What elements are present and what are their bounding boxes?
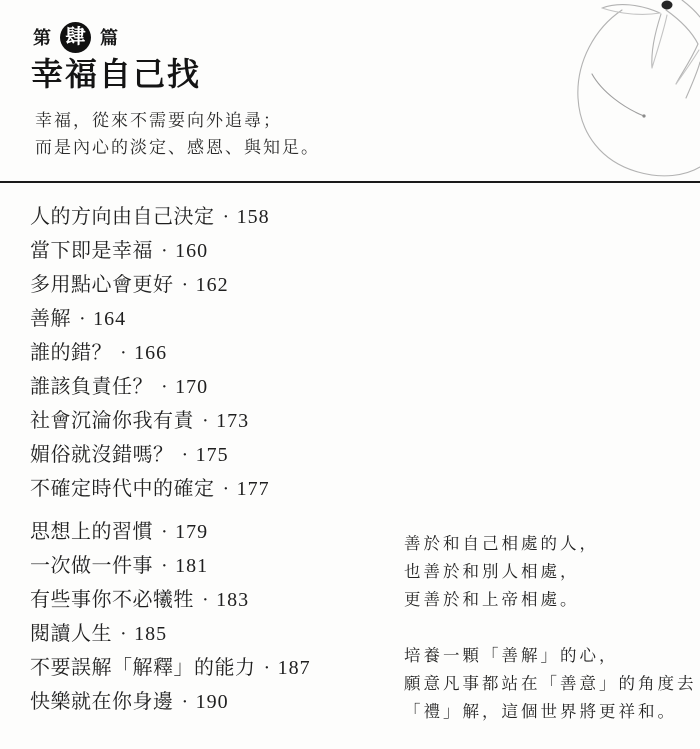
toc-entry: 思想上的習慣·179 <box>30 515 311 549</box>
quote-paragraph-1: 善於和自己相處的人， 也善於和別人相處， 更善於和上帝相處。 <box>404 530 697 614</box>
side-quote: 善於和自己相處的人， 也善於和別人相處， 更善於和上帝相處。 培養一顆「善解」的… <box>404 530 697 726</box>
toc-entry-title: 當下即是幸福 <box>30 240 153 262</box>
toc-entry-page: 166 <box>134 342 167 364</box>
toc-separator-dot: · <box>79 308 86 330</box>
toc-entry: 多用點心會更好·162 <box>30 268 311 302</box>
epigraph-line: 而是內心的淡定、感恩、與知足。 <box>35 134 320 161</box>
quote-line: 「禮」解，這個世界將更祥和。 <box>404 702 677 721</box>
quote-line: 也善於和別人相處， <box>404 562 580 581</box>
toc-entry-title: 社會沉淪你我有責 <box>30 410 194 432</box>
quote-line: 培養一顆「善解」的心， <box>404 646 619 665</box>
toc-entry: 誰的錯？·166 <box>30 336 311 370</box>
toc-entry: 善解·164 <box>30 302 311 336</box>
toc-entry-title: 人的方向由自己決定 <box>30 206 215 228</box>
part-number-seal: 肆 <box>60 22 91 53</box>
toc-entry-title: 快樂就在你身邊 <box>30 691 174 713</box>
toc-entry-page: 160 <box>175 240 208 262</box>
toc-entry-title: 善解 <box>30 308 71 330</box>
toc-entry: 不要誤解「解釋」的能力·187 <box>30 651 311 685</box>
toc-entry-title: 多用點心會更好 <box>30 274 174 296</box>
toc-separator-dot: · <box>161 240 168 262</box>
toc-separator-dot: · <box>120 623 127 645</box>
toc-entry-page: 175 <box>196 444 229 466</box>
toc-entry-title: 誰該負責任？ <box>30 376 153 398</box>
toc-entry: 不確定時代中的確定·177 <box>30 472 311 506</box>
toc-entry-page: 162 <box>196 274 229 296</box>
toc-entry: 一次做一件事·181 <box>30 549 311 583</box>
toc-entry-page: 173 <box>216 410 249 432</box>
toc-entry-title: 一次做一件事 <box>30 555 153 577</box>
toc-entry-page: 158 <box>237 206 270 228</box>
toc-entry-page: 179 <box>175 521 208 543</box>
toc-separator-dot: · <box>202 410 209 432</box>
toc-entry-title: 媚俗就沒錯嗎？ <box>30 444 174 466</box>
toc-entry-page: 190 <box>196 691 229 713</box>
quote-paragraph-2: 培養一顆「善解」的心， 願意凡事都站在「善意」的角度去 「禮」解，這個世界將更祥… <box>404 642 697 726</box>
toc-separator-dot: · <box>223 478 230 500</box>
part-suffix: 篇 <box>100 24 118 50</box>
toc-entry: 誰該負責任？·170 <box>30 370 311 404</box>
toc-separator-dot: · <box>264 657 271 679</box>
toc-entry-page: 183 <box>216 589 249 611</box>
toc-entry-title: 有些事你不必犧牲 <box>30 589 194 611</box>
toc-separator-dot: · <box>182 274 189 296</box>
toc-separator-dot: · <box>182 444 189 466</box>
toc-separator-dot: · <box>161 376 168 398</box>
toc-entry-page: 181 <box>175 555 208 577</box>
book-contents-page: 第 肆 篇 幸福自己找 幸福，從來不需要向外追尋； 而是內心的淡定、感恩、與知足… <box>0 0 700 749</box>
table-of-contents: 人的方向由自己決定·158 當下即是幸福·160 多用點心會更好·162 善解·… <box>30 200 311 719</box>
toc-entry-title: 不確定時代中的確定 <box>30 478 215 500</box>
quote-line: 願意凡事都站在「善意」的角度去 <box>404 674 697 693</box>
toc-entry-page: 164 <box>93 308 126 330</box>
quote-line: 更善於和上帝相處。 <box>404 590 580 609</box>
toc-entry-title: 閱讀人生 <box>30 623 112 645</box>
toc-entry: 有些事你不必犧牲·183 <box>30 583 311 617</box>
page-title: 幸福自己找 <box>31 54 201 94</box>
part-header: 第 肆 篇 <box>33 21 118 53</box>
flower-sketch-decoration <box>540 0 700 186</box>
toc-entry-title: 誰的錯？ <box>30 342 112 364</box>
toc-separator-dot: · <box>223 206 230 228</box>
toc-entry-title: 不要誤解「解釋」的能力 <box>30 657 256 679</box>
toc-separator-dot: · <box>202 589 209 611</box>
toc-entry: 閱讀人生·185 <box>30 617 311 651</box>
toc-entry: 當下即是幸福·160 <box>30 234 311 268</box>
toc-entry: 社會沉淪你我有責·173 <box>30 404 311 438</box>
toc-entry-page: 185 <box>134 623 167 645</box>
toc-entry-page: 187 <box>278 657 311 679</box>
toc-entry-page: 170 <box>175 376 208 398</box>
toc-separator-dot: · <box>161 555 168 577</box>
part-prefix: 第 <box>33 24 51 50</box>
epigraph: 幸福，從來不需要向外追尋； 而是內心的淡定、感恩、與知足。 <box>35 107 320 161</box>
berry-dot <box>662 1 673 10</box>
toc-entry: 媚俗就沒錯嗎？·175 <box>30 438 311 472</box>
toc-separator-dot: · <box>120 342 127 364</box>
toc-entry-title: 思想上的習慣 <box>30 521 153 543</box>
toc-separator-dot: · <box>182 691 189 713</box>
toc-entry: 人的方向由自己決定·158 <box>30 200 311 234</box>
quote-line: 善於和自己相處的人， <box>404 534 599 553</box>
toc-entry: 快樂就在你身邊·190 <box>30 685 311 719</box>
toc-separator-dot: · <box>161 521 168 543</box>
divider-rule <box>0 181 700 183</box>
epigraph-line: 幸福，從來不需要向外追尋； <box>35 107 320 134</box>
toc-entry-page: 177 <box>237 478 270 500</box>
